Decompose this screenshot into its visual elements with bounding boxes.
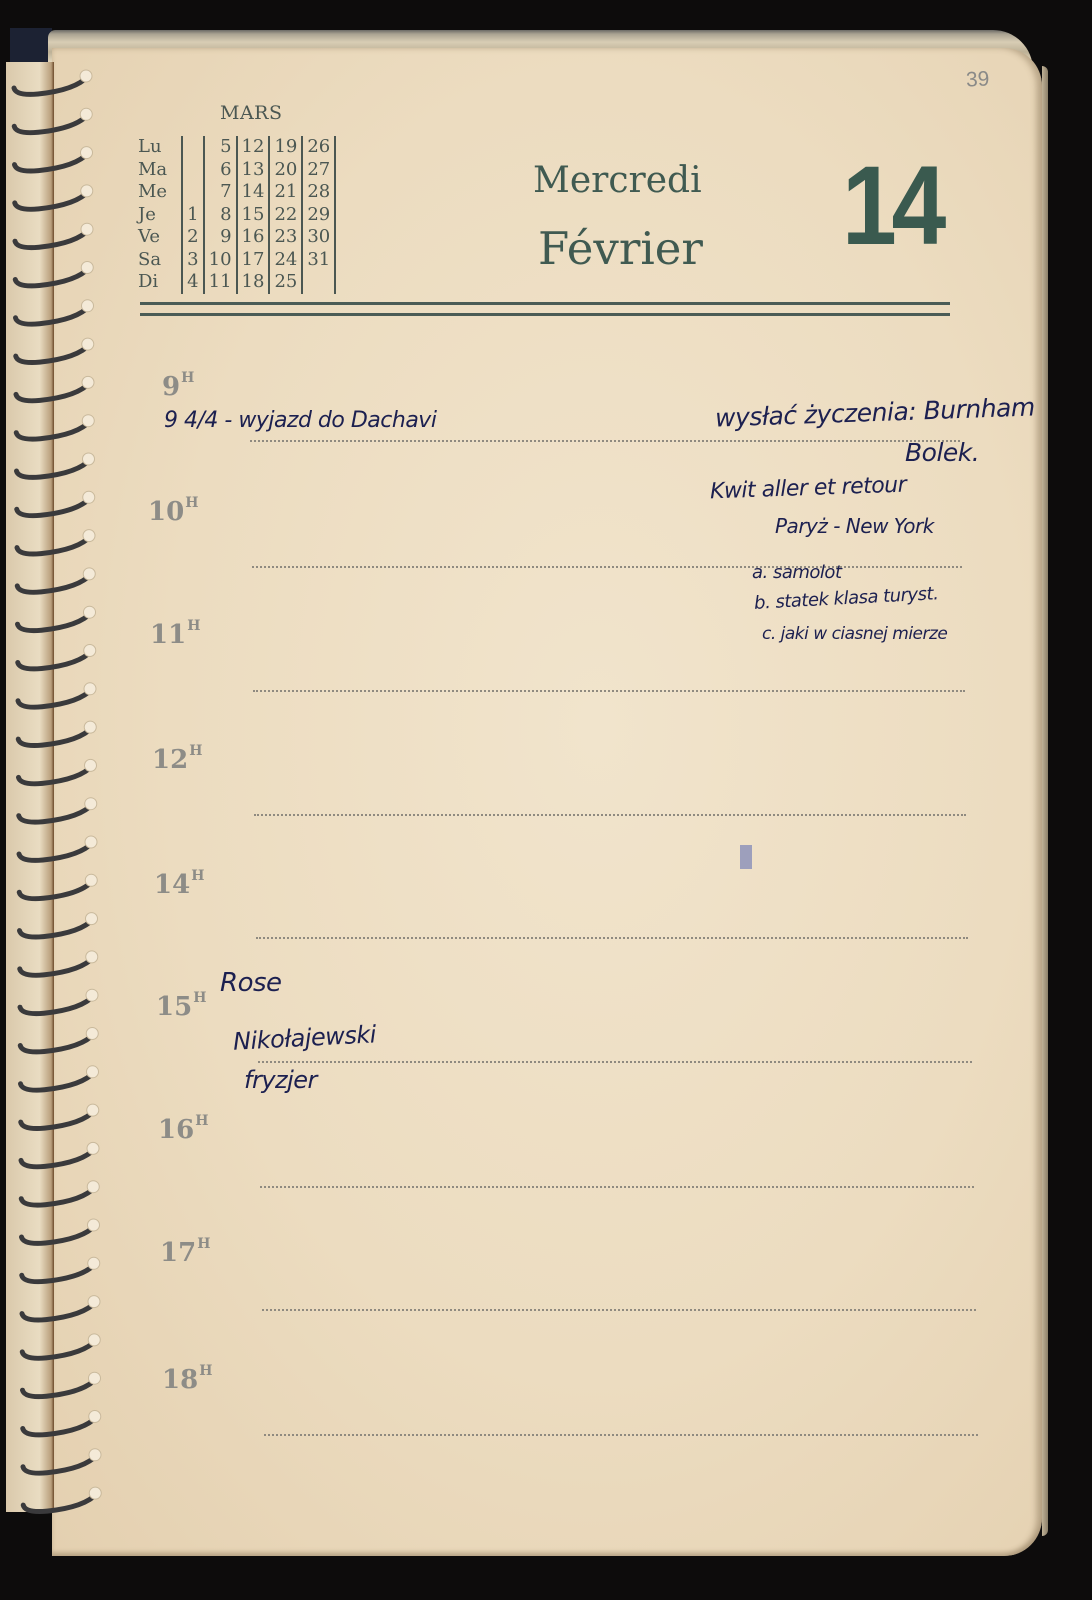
calendar-date: 29 xyxy=(302,204,335,227)
handwritten-note-15h-1: Rose xyxy=(220,968,282,998)
calendar-date: 23 xyxy=(269,226,302,249)
day-number: 14 xyxy=(842,150,941,262)
weekday-abbrev: Me xyxy=(138,181,182,204)
mini-calendar-row: Lu5121926 xyxy=(138,136,335,159)
writing-line-12 xyxy=(254,814,966,816)
calendar-date: 3 xyxy=(182,249,203,272)
weekday-abbrev: Di xyxy=(138,271,182,294)
mini-calendar-row: Je18152229 xyxy=(138,204,335,227)
calendar-date: 20 xyxy=(269,159,302,182)
mini-calendar-row: Ma6132027 xyxy=(138,159,335,182)
calendar-date: 21 xyxy=(269,181,302,204)
calendar-date xyxy=(182,136,203,159)
header-rule-bottom xyxy=(140,313,950,316)
calendar-date: 8 xyxy=(204,204,237,227)
writing-line-17 xyxy=(262,1309,976,1311)
calendar-date: 10 xyxy=(204,249,237,272)
calendar-date: 9 xyxy=(204,226,237,249)
mini-calendar-row: Sa310172431 xyxy=(138,249,335,272)
hour-label-17: 17H xyxy=(160,1238,210,1268)
weekday-heading: Mercredi xyxy=(533,160,702,201)
writing-line-9 xyxy=(250,440,960,442)
calendar-date: 18 xyxy=(237,271,270,294)
hour-label-16: 16H xyxy=(158,1115,208,1145)
calendar-date: 17 xyxy=(237,249,270,272)
handwritten-note-9h: 9 4/4 - wyjazd do Dachavi xyxy=(164,408,436,433)
mini-calendar-month: MARS xyxy=(220,102,283,124)
hour-label-10: 10H xyxy=(148,497,198,527)
writing-line-10 xyxy=(252,566,962,568)
weekday-abbrev: Ma xyxy=(138,159,182,182)
calendar-date: 6 xyxy=(204,159,237,182)
hour-label-14: 14H xyxy=(154,870,204,900)
calendar-date: 28 xyxy=(302,181,335,204)
calendar-date: 16 xyxy=(237,226,270,249)
mini-calendar-grid: Lu5121926Ma6132027Me7142128Je18152229Ve2… xyxy=(138,136,336,294)
calendar-date: 4 xyxy=(182,271,203,294)
writing-line-14 xyxy=(256,937,968,939)
ink-blot xyxy=(740,845,752,869)
calendar-date: 11 xyxy=(204,271,237,294)
handwritten-note-right-5: a. samolot xyxy=(752,562,842,583)
calendar-date: 2 xyxy=(182,226,203,249)
calendar-date: 14 xyxy=(237,181,270,204)
calendar-date: 19 xyxy=(269,136,302,159)
header-rule-top xyxy=(140,302,950,305)
calendar-date: 25 xyxy=(269,271,302,294)
writing-line-18 xyxy=(264,1434,978,1436)
mini-calendar-row: Di4111825 xyxy=(138,271,335,294)
calendar-date: 7 xyxy=(204,181,237,204)
page-edge xyxy=(1042,66,1048,1536)
spiral-binding-icon xyxy=(0,0,110,1600)
calendar-date: 1 xyxy=(182,204,203,227)
calendar-date: 31 xyxy=(302,249,335,272)
hour-label-18: 18H xyxy=(162,1365,212,1395)
weekday-abbrev: Je xyxy=(138,204,182,227)
writing-line-15 xyxy=(258,1061,972,1063)
weekday-abbrev: Sa xyxy=(138,249,182,272)
month-heading: Février xyxy=(538,222,703,275)
hour-label-12: 12H xyxy=(152,745,202,775)
writing-line-11 xyxy=(253,690,965,692)
weekday-abbrev: Lu xyxy=(138,136,182,159)
calendar-date xyxy=(302,271,335,294)
calendar-date: 5 xyxy=(204,136,237,159)
handwritten-note-right-4: Paryż - New York xyxy=(775,514,934,538)
mini-calendar-row: Me7142128 xyxy=(138,181,335,204)
handwritten-note-right-2: Bolek. xyxy=(905,438,979,467)
handwritten-note-15h-3: fryzjer xyxy=(244,1066,317,1094)
calendar-date xyxy=(182,159,203,182)
calendar-date: 24 xyxy=(269,249,302,272)
hour-label-15: 15H xyxy=(156,992,206,1022)
calendar-date: 27 xyxy=(302,159,335,182)
calendar-date xyxy=(182,181,203,204)
hour-label-11: 11H xyxy=(150,620,200,650)
hour-label-9: 9H xyxy=(162,372,194,402)
calendar-date: 12 xyxy=(237,136,270,159)
calendar-date: 26 xyxy=(302,136,335,159)
calendar-date: 13 xyxy=(237,159,270,182)
calendar-date: 15 xyxy=(237,204,270,227)
weekday-abbrev: Ve xyxy=(138,226,182,249)
page-number: 39 xyxy=(965,67,990,92)
handwritten-note-right-7: c. jaki w ciasnej mierze xyxy=(762,624,947,644)
writing-line-16 xyxy=(260,1186,974,1188)
mini-calendar-row: Ve29162330 xyxy=(138,226,335,249)
calendar-date: 30 xyxy=(302,226,335,249)
calendar-date: 22 xyxy=(269,204,302,227)
